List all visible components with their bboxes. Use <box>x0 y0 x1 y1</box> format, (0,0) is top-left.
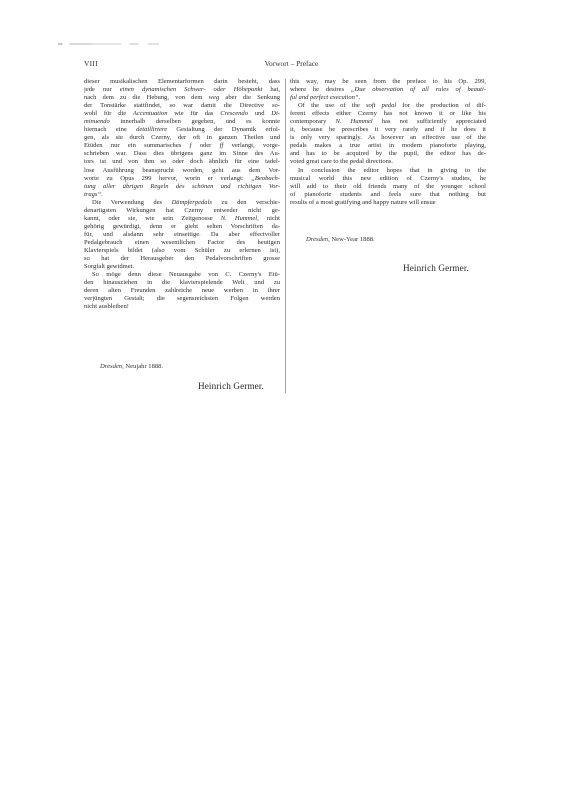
english-dateline: Dresden, New-Year 1888. <box>306 236 375 243</box>
text-line: of pianoforte students and feels sure th… <box>290 191 486 199</box>
emphasis: N. Hummel <box>221 215 257 222</box>
emphasis: „Beobach- <box>251 175 280 182</box>
german-dateline: Dresden, Neujahr 1888. <box>100 363 163 370</box>
emphasis: Accentuation <box>133 110 168 117</box>
text-line: den hinausziehen in die klavierspielende… <box>84 279 280 287</box>
emphasis: soft pedal <box>366 102 396 109</box>
english-signature: Heinrich Germer. <box>403 263 469 273</box>
dateline-place: Dresden <box>306 236 328 243</box>
emphasis: ful and perfect execution“ <box>290 94 359 101</box>
text-line: worte zu Opus 299 hervor, worin er verla… <box>84 175 280 183</box>
scan-artifact-line <box>58 43 173 45</box>
text-line: der Tonstärke stattfindet, so war damit … <box>84 102 280 110</box>
text-line: voted great care to the pedal directions… <box>290 158 486 166</box>
text-line: where he desires „Due observation of all… <box>290 86 486 94</box>
text-line: nicht ausbleiben! <box>84 303 280 311</box>
text-line: ferent effects either Czerny has not kno… <box>290 110 486 118</box>
text-line: hiernach eine detaillirtere Gestaltung d… <box>84 126 280 134</box>
text-line: verjüngten Gestalt; die segensreichsten … <box>84 295 280 303</box>
text-line: so hat der Herausgeber den Pedalvorschri… <box>84 255 280 263</box>
text-line: it, because he prescribes it very rarely… <box>290 126 486 134</box>
text-line: denartigsten Wirkungen hat Czerny entwed… <box>84 207 280 215</box>
text-line: will add to their old friends many of th… <box>290 183 486 191</box>
text-line: lose Ausführung beansprucht worden, geht… <box>84 167 280 175</box>
text-line: trags“. <box>84 191 280 199</box>
emphasis: tung aller übrigen Regeln des schönen un… <box>84 183 280 190</box>
text-line: So möge denn diese Neuausgabe von C. Cze… <box>84 271 280 279</box>
emphasis: trags“ <box>84 191 101 198</box>
text-line: jede nur einen dynamischen Schwer- oder … <box>84 86 280 94</box>
german-signature: Heinrich Germer. <box>198 381 264 391</box>
text-line: nach dem zu die Hebung, von dem weg aber… <box>84 94 280 102</box>
emphasis: ff <box>220 142 224 149</box>
emphasis: weg <box>209 94 220 101</box>
running-title-text: Vorwort – Preface <box>247 59 319 68</box>
text-line: ful and perfect execution“. <box>290 94 486 102</box>
text-line: Etüden nur ein summarisches f oder ff ve… <box>84 142 280 150</box>
text-line: gen, als sie durch Czerny, der oft in ga… <box>84 134 280 142</box>
dateline-date: , Neujahr 1888. <box>122 363 163 370</box>
text-line: this way, may be seen from the preface t… <box>290 78 486 86</box>
text-line: contemporary N. Hummel has not sufficien… <box>290 118 486 126</box>
text-line: musical world this new edition of Czerny… <box>290 175 486 183</box>
text-line: Klavierspiels bildet (also vom Schüler z… <box>84 247 280 255</box>
text-line: Die Verwendung des Dämpferpedals zu den … <box>84 199 280 207</box>
emphasis: minuendo <box>84 118 110 125</box>
emphasis: N. Hummel <box>335 118 372 125</box>
text-line: deren alten Freunden zahlreiche neue wer… <box>84 287 280 295</box>
text-line: Pedalgebrauch einen wesentlichen Factor … <box>84 239 280 247</box>
emphasis: f <box>190 142 192 149</box>
text-line: results of a most gratifying and happy n… <box>290 199 486 207</box>
emphasis: Di- <box>271 110 280 117</box>
text-line: gehörig gewürdigt, denn er giebt selten … <box>84 223 280 231</box>
text-line: tung aller übrigen Regeln des schönen un… <box>84 183 280 191</box>
text-line: is only very sparingly. As however an ef… <box>290 134 486 142</box>
english-preface-column: this way, may be seen from the preface t… <box>290 78 486 207</box>
text-line: In conclusion the editor hopes that in g… <box>290 167 486 175</box>
text-line: schrieben war. Dass dies übrigens ganz i… <box>84 150 280 158</box>
text-line: tors ist und von ihm so oder doch ähnlic… <box>84 158 280 166</box>
text-line: wohl für die Accentuation wie für das Cr… <box>84 110 280 118</box>
running-title: Vorwort – Preface <box>0 59 565 68</box>
emphasis: einen dynamischen Schwer- oder Höhepunkt <box>120 86 263 93</box>
emphasis: „Due observation of all rules of beauti- <box>351 86 486 93</box>
text-line: Of the use of the soft pedal for the pro… <box>290 102 486 110</box>
emphasis: detaillirtere <box>136 126 167 133</box>
text-line: für, und alsdann sehr einseitige. Da abe… <box>84 231 280 239</box>
emphasis: Crescendo <box>220 110 248 117</box>
text-line: and has to be acquired by the pupil, the… <box>290 150 486 158</box>
emphasis: Dämpferpedals <box>172 199 212 206</box>
text-line: kannt, oder sie, wie sein Zeitgenosse N.… <box>84 215 280 223</box>
german-preface-column: dieser musikalischen Elementarformen dar… <box>84 78 280 311</box>
dateline-place: Dresden <box>100 363 122 370</box>
column-divider <box>285 79 286 393</box>
text-line: minuendo innerhalb derselben gegeben, un… <box>84 118 280 126</box>
text-line: dieser musikalischen Elementarformen dar… <box>84 78 280 86</box>
text-line: Sorgfalt gewidmet. <box>84 263 280 271</box>
text-line: pedals makes a true artist in modern pia… <box>290 142 486 150</box>
dateline-date: , New-Year 1888. <box>328 236 375 243</box>
